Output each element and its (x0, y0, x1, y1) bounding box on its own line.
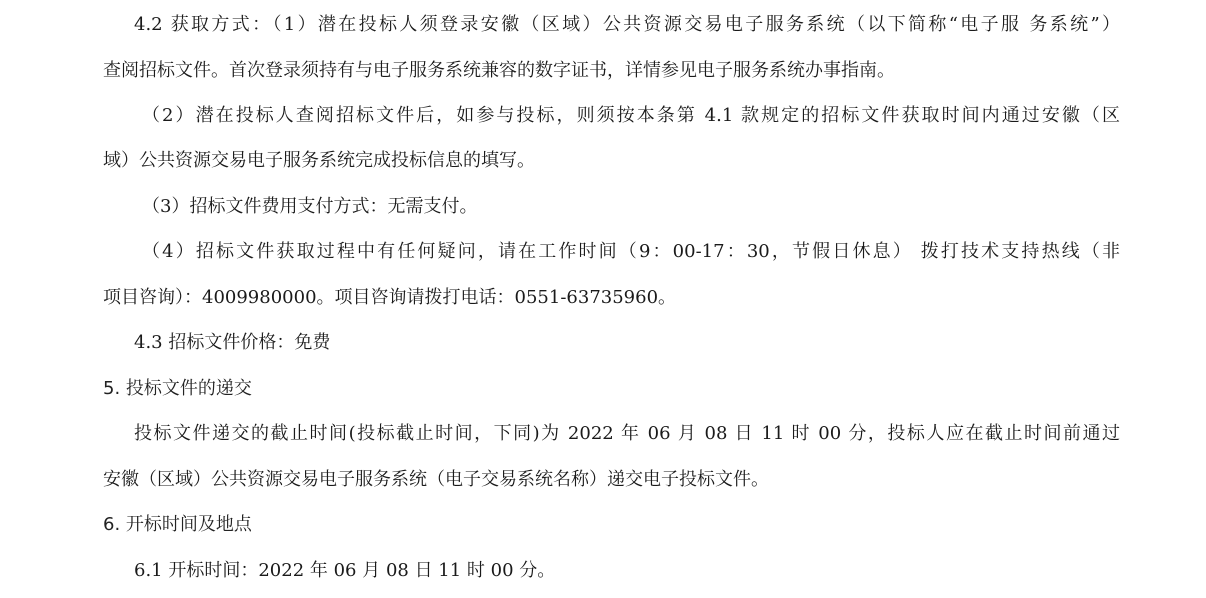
paragraph-4-2-2-line-1: （2）潜在投标人查阅招标文件后，如参与投标，则须按本条第 4.1 款规定的招标文… (142, 104, 1120, 128)
section-6-1-line: 6.1 开标时间：2022 年 06 月 08 日 11 时 00 分。 (134, 559, 555, 583)
section-6-heading: 6. 开标时间及地点 (103, 513, 252, 537)
section-5-heading: 5. 投标文件的递交 (103, 377, 252, 401)
paragraph-4-2-2-line-2: 域）公共资源交易电子服务系统完成投标信息的填写。 (103, 149, 535, 173)
paragraph-4-2-3: （3）招标文件费用支付方式：无需支付。 (142, 195, 477, 219)
section-5-line-1: 投标文件递交的截止时间(投标截止时间，下同)为 2022 年 06 月 08 日… (134, 422, 1120, 446)
section-5-line-2: 安徽（区域）公共资源交易电子服务系统（电子交易系统名称）递交电子投标文件。 (103, 468, 769, 492)
paragraph-4-2-line-1: 4.2 获取方式：（1）潜在投标人须登录安徽（区域）公共资源交易电子服务系统（以… (134, 13, 1120, 37)
paragraph-4-3: 4.3 招标文件价格：免费 (134, 331, 330, 355)
paragraph-4-2-4-line-1: （4）招标文件获取过程中有任何疑问，请在工作时间（9：00-17：30，节假日休… (142, 240, 1120, 264)
paragraph-4-2-line-2: 查阅招标文件。首次登录须持有与电子服务系统兼容的数字证书，详情参见电子服务系统办… (103, 59, 895, 83)
paragraph-4-2-4-line-2: 项目咨询）：4009980000。项目咨询请拨打电话：0551-63735960… (103, 286, 676, 310)
